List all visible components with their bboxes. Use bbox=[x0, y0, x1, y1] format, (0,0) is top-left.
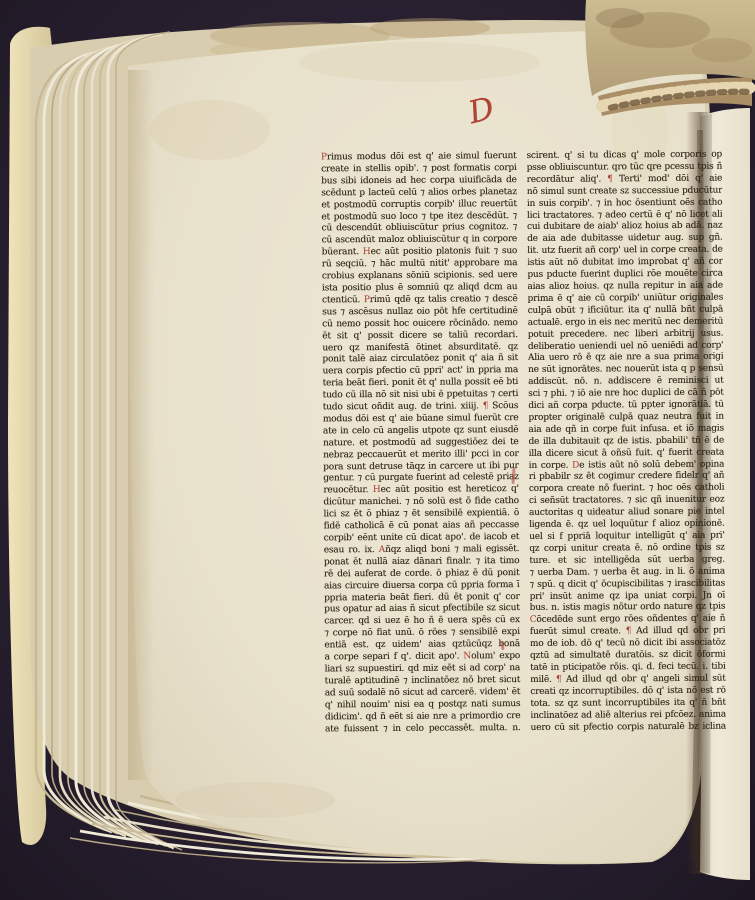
rubricated-text: A bbox=[379, 545, 385, 555]
text-line: milē. ¶ Ad illud qd obr q' angeli simul … bbox=[530, 673, 726, 686]
rubricated-text: P bbox=[321, 152, 327, 162]
text-line: rē dei auferat de corde. ō phiaz ē dū po… bbox=[324, 568, 520, 581]
rubricated-text: ¶ bbox=[607, 174, 613, 184]
rubricated-text: H bbox=[363, 247, 371, 257]
text-line: ad suū sodalē nō sicut ad carcerē. videm… bbox=[325, 687, 521, 700]
text-line: tota. sz qz sunt incorruptibiles ita q' … bbox=[530, 697, 726, 710]
rubricated-text: D bbox=[572, 460, 579, 470]
text-column-right: scirent. q' si tu dicas q' mole corporis… bbox=[526, 150, 726, 741]
text-line: actualē. ergo in eis nec meritū nec deme… bbox=[528, 316, 724, 329]
text-line: ate in celo cū angelis utpote qz sunt ei… bbox=[323, 425, 519, 438]
text-line: in suis corpib'. ⁊ in hoc ōsentiunt oēs … bbox=[527, 197, 723, 210]
text-line: prima ē q' aie cū corpib' uniūtur origin… bbox=[527, 292, 723, 305]
rubricated-text: N bbox=[463, 651, 471, 661]
text-line: ture. et sic intelligēda sūt uerba greg.… bbox=[529, 554, 725, 567]
text-line: sus ⁊ ascēsus nullaz oio pōt hfe certitu… bbox=[322, 306, 518, 319]
text-line: recordātur aliq'. ¶ Terti' mod' dōi q' a… bbox=[527, 173, 723, 186]
text-column-left: Primus modus dōi est q' aie simul fuerun… bbox=[321, 151, 521, 742]
text-line: culpā obūt ⁊ ificiūtur. ita q' nullā bñt… bbox=[528, 304, 724, 317]
text-line: scēdunt p lacteū celū ⁊ alios orbes plan… bbox=[321, 187, 517, 200]
text-line: bus sibi idoneis ad hec corpa uiuificāda… bbox=[321, 175, 517, 188]
rubricated-text: ¶ bbox=[556, 675, 562, 685]
text-line: potuit precedere. nec liberi arbitrij us… bbox=[528, 328, 724, 341]
text-line: inclinatōez ad aliē alterius rei pfcōez.… bbox=[530, 709, 726, 722]
text-line: nebraz peccauerūt et merito illi' pcci i… bbox=[323, 449, 519, 462]
text-line: ctenticū. Primū qdē qz talis creatio ⁊ d… bbox=[322, 294, 518, 307]
text-line: ate fuissent ⁊ in celo peccassēt. multa.… bbox=[325, 723, 521, 736]
text-line: illa dicere sicut ā oñsū fuit. q' fuerit… bbox=[529, 447, 725, 460]
text-line: nō simul sunt create sz successiue pducū… bbox=[527, 185, 723, 198]
text-line: uero cū sit pfectio corpis naturalē bz i… bbox=[530, 721, 726, 734]
rubricated-text: ¶ bbox=[483, 401, 489, 411]
rubricated-text: C bbox=[530, 615, 537, 625]
rubricated-text: ¶ bbox=[626, 627, 632, 637]
text-line: create in stellis opib'. ⁊ post formatis… bbox=[321, 163, 517, 176]
text-line: cū nemo possit hoc ouicere rōcinādo. nem… bbox=[322, 318, 518, 331]
text-line: aias circuire diuersa corpa cū ppria for… bbox=[324, 580, 520, 593]
text-line: ēt sit q' possit dicere se taliū recorda… bbox=[322, 330, 518, 343]
text-line: ⁊ spū. q dicit q' ōcupiscibilitas ⁊ iras… bbox=[529, 578, 725, 591]
text-line: aia ade qñ in corpe fuit infusa. et iō m… bbox=[528, 423, 724, 436]
rubricated-text: P bbox=[364, 295, 370, 305]
text-line: turalē aptitudinē ⁊ inclinatōez nō bret … bbox=[325, 675, 521, 688]
text-line: ⁊ uerba Dam. ⁊ uerba ēt aug. in li. ō an… bbox=[529, 566, 725, 579]
text-block: Primus modus dōi est q' aie simul fuerun… bbox=[321, 150, 726, 743]
text-line: ponat ēt nullā aiaz dānari finalr. ⁊ ita… bbox=[324, 556, 520, 569]
text-line: et postmodū corruptis corpib' illuc reue… bbox=[321, 199, 517, 212]
text-line: psse obliuiscuntur. qro tūc qre pcessu t… bbox=[527, 162, 723, 175]
rubricated-text: H bbox=[373, 485, 381, 495]
text-line: de illa dubitauit qz de istis. pbabili' … bbox=[528, 435, 724, 448]
incunabulum-photo: D Primus modus dōi est q' aie simul fuer… bbox=[0, 0, 755, 900]
text-line: creati qz incorruptibiles. dō q' ista nō… bbox=[530, 685, 726, 698]
text-line: nature. et postmodū ad suggestiōez dei t… bbox=[323, 437, 519, 450]
text-line: didicim'. qd ñ eēt si aie nre a primordi… bbox=[325, 711, 521, 724]
text-line: q' nihil nouim' nisi ea q postqz nati su… bbox=[325, 699, 521, 712]
